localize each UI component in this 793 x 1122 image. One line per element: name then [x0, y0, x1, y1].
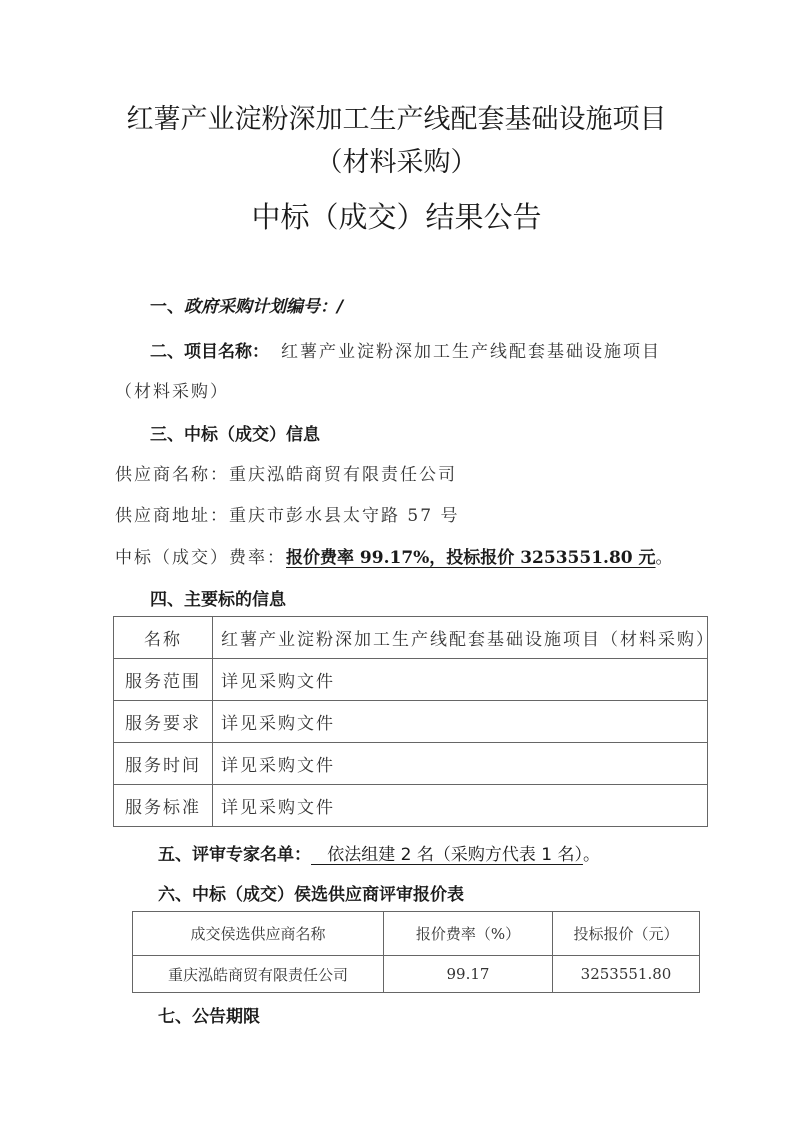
- table-cell-key: 服务范围: [114, 659, 213, 701]
- table-cell-price: 3253551.80: [553, 956, 700, 993]
- procurement-plan-number: 政府采购计划编号：/: [184, 297, 343, 317]
- table-row: 重庆泓皓商贸有限责任公司 99.17 3253551.80: [133, 956, 700, 993]
- section-3-title: 三、中标（成交）信息: [150, 420, 320, 445]
- table-row: 服务标准 详见采购文件: [114, 785, 708, 827]
- table-cell-value: 红薯产业淀粉深加工生产线配套基础设施项目（材料采购）: [213, 617, 708, 659]
- bid-rate-row: 中标（成交）费率：报价费率 99.17%，投标报价 3253551.80 元。: [115, 543, 673, 568]
- table-cell-key: 服务要求: [114, 701, 213, 743]
- supplier-name-row: 供应商名称：重庆泓皓商贸有限责任公司: [115, 460, 457, 485]
- table-row: 名称 红薯产业淀粉深加工生产线配套基础设施项目（材料采购）: [114, 617, 708, 659]
- table-cell-key: 服务时间: [114, 743, 213, 785]
- table-header-cell: 投标报价（元）: [553, 912, 700, 956]
- supplier-address-label: 供应商地址：: [115, 506, 229, 526]
- supplier-address-row: 供应商地址：重庆市彭水县太守路 57 号: [115, 501, 459, 526]
- expert-list-value: 依法组建 2 名（采购方代表 1 名）: [311, 845, 583, 865]
- project-name-label: 二、项目名称：: [150, 342, 269, 362]
- table-cell-value: 详见采购文件: [213, 743, 708, 785]
- table-header-cell: 成交侯选供应商名称: [133, 912, 384, 956]
- document-title-line2: （材料采购）: [0, 140, 793, 179]
- section-2: 二、项目名称： 红薯产业淀粉深加工生产线配套基础设施项目: [150, 337, 661, 362]
- expert-list-label: 五、评审专家名单：: [158, 845, 311, 865]
- table-cell-value: 详见采购文件: [213, 659, 708, 701]
- table-header-row: 成交侯选供应商名称 报价费率（%） 投标报价（元）: [133, 912, 700, 956]
- supplier-name: 重庆泓皓商贸有限责任公司: [229, 465, 457, 485]
- table-cell-value: 详见采购文件: [213, 701, 708, 743]
- subject-info-table: 名称 红薯产业淀粉深加工生产线配套基础设施项目（材料采购） 服务范围 详见采购文…: [113, 616, 708, 827]
- supplier-address: 重庆市彭水县太守路 57 号: [229, 506, 459, 526]
- table-cell-key: 服务标准: [114, 785, 213, 827]
- table-cell-rate: 99.17: [384, 956, 553, 993]
- project-name-value-cont: （材料采购）: [115, 377, 229, 402]
- table-cell-value: 详见采购文件: [213, 785, 708, 827]
- table-row: 服务范围 详见采购文件: [114, 659, 708, 701]
- supplier-name-label: 供应商名称：: [115, 465, 229, 485]
- section-5: 五、评审专家名单： 依法组建 2 名（采购方代表 1 名）。: [158, 840, 600, 865]
- section-7-title: 七、公告期限: [158, 1002, 260, 1027]
- bid-rate-suffix: 。: [656, 548, 673, 568]
- table-cell-key: 名称: [114, 617, 213, 659]
- section-6-title: 六、中标（成交）侯选供应商评审报价表: [158, 880, 464, 905]
- candidate-quote-table: 成交侯选供应商名称 报价费率（%） 投标报价（元） 重庆泓皓商贸有限责任公司 9…: [132, 911, 700, 993]
- document-title-line1: 红薯产业淀粉深加工生产线配套基础设施项目: [0, 97, 793, 136]
- table-cell-supplier: 重庆泓皓商贸有限责任公司: [133, 956, 384, 993]
- project-name-value: 红薯产业淀粉深加工生产线配套基础设施项目: [281, 342, 661, 362]
- table-header-cell: 报价费率（%）: [384, 912, 553, 956]
- table-row: 服务时间 详见采购文件: [114, 743, 708, 785]
- table-row: 服务要求 详见采购文件: [114, 701, 708, 743]
- bid-rate-label: 中标（成交）费率：: [115, 548, 286, 568]
- section-4-title: 四、主要标的信息: [150, 585, 286, 610]
- section-1: 一、政府采购计划编号：/: [150, 292, 343, 317]
- section-1-label: 一、: [150, 297, 184, 317]
- expert-list-suffix: 。: [583, 845, 600, 865]
- bid-rate-value: 报价费率 99.17%，投标报价 3253551.80 元: [286, 548, 656, 568]
- document-title-line3: 中标（成交）结果公告: [0, 195, 793, 236]
